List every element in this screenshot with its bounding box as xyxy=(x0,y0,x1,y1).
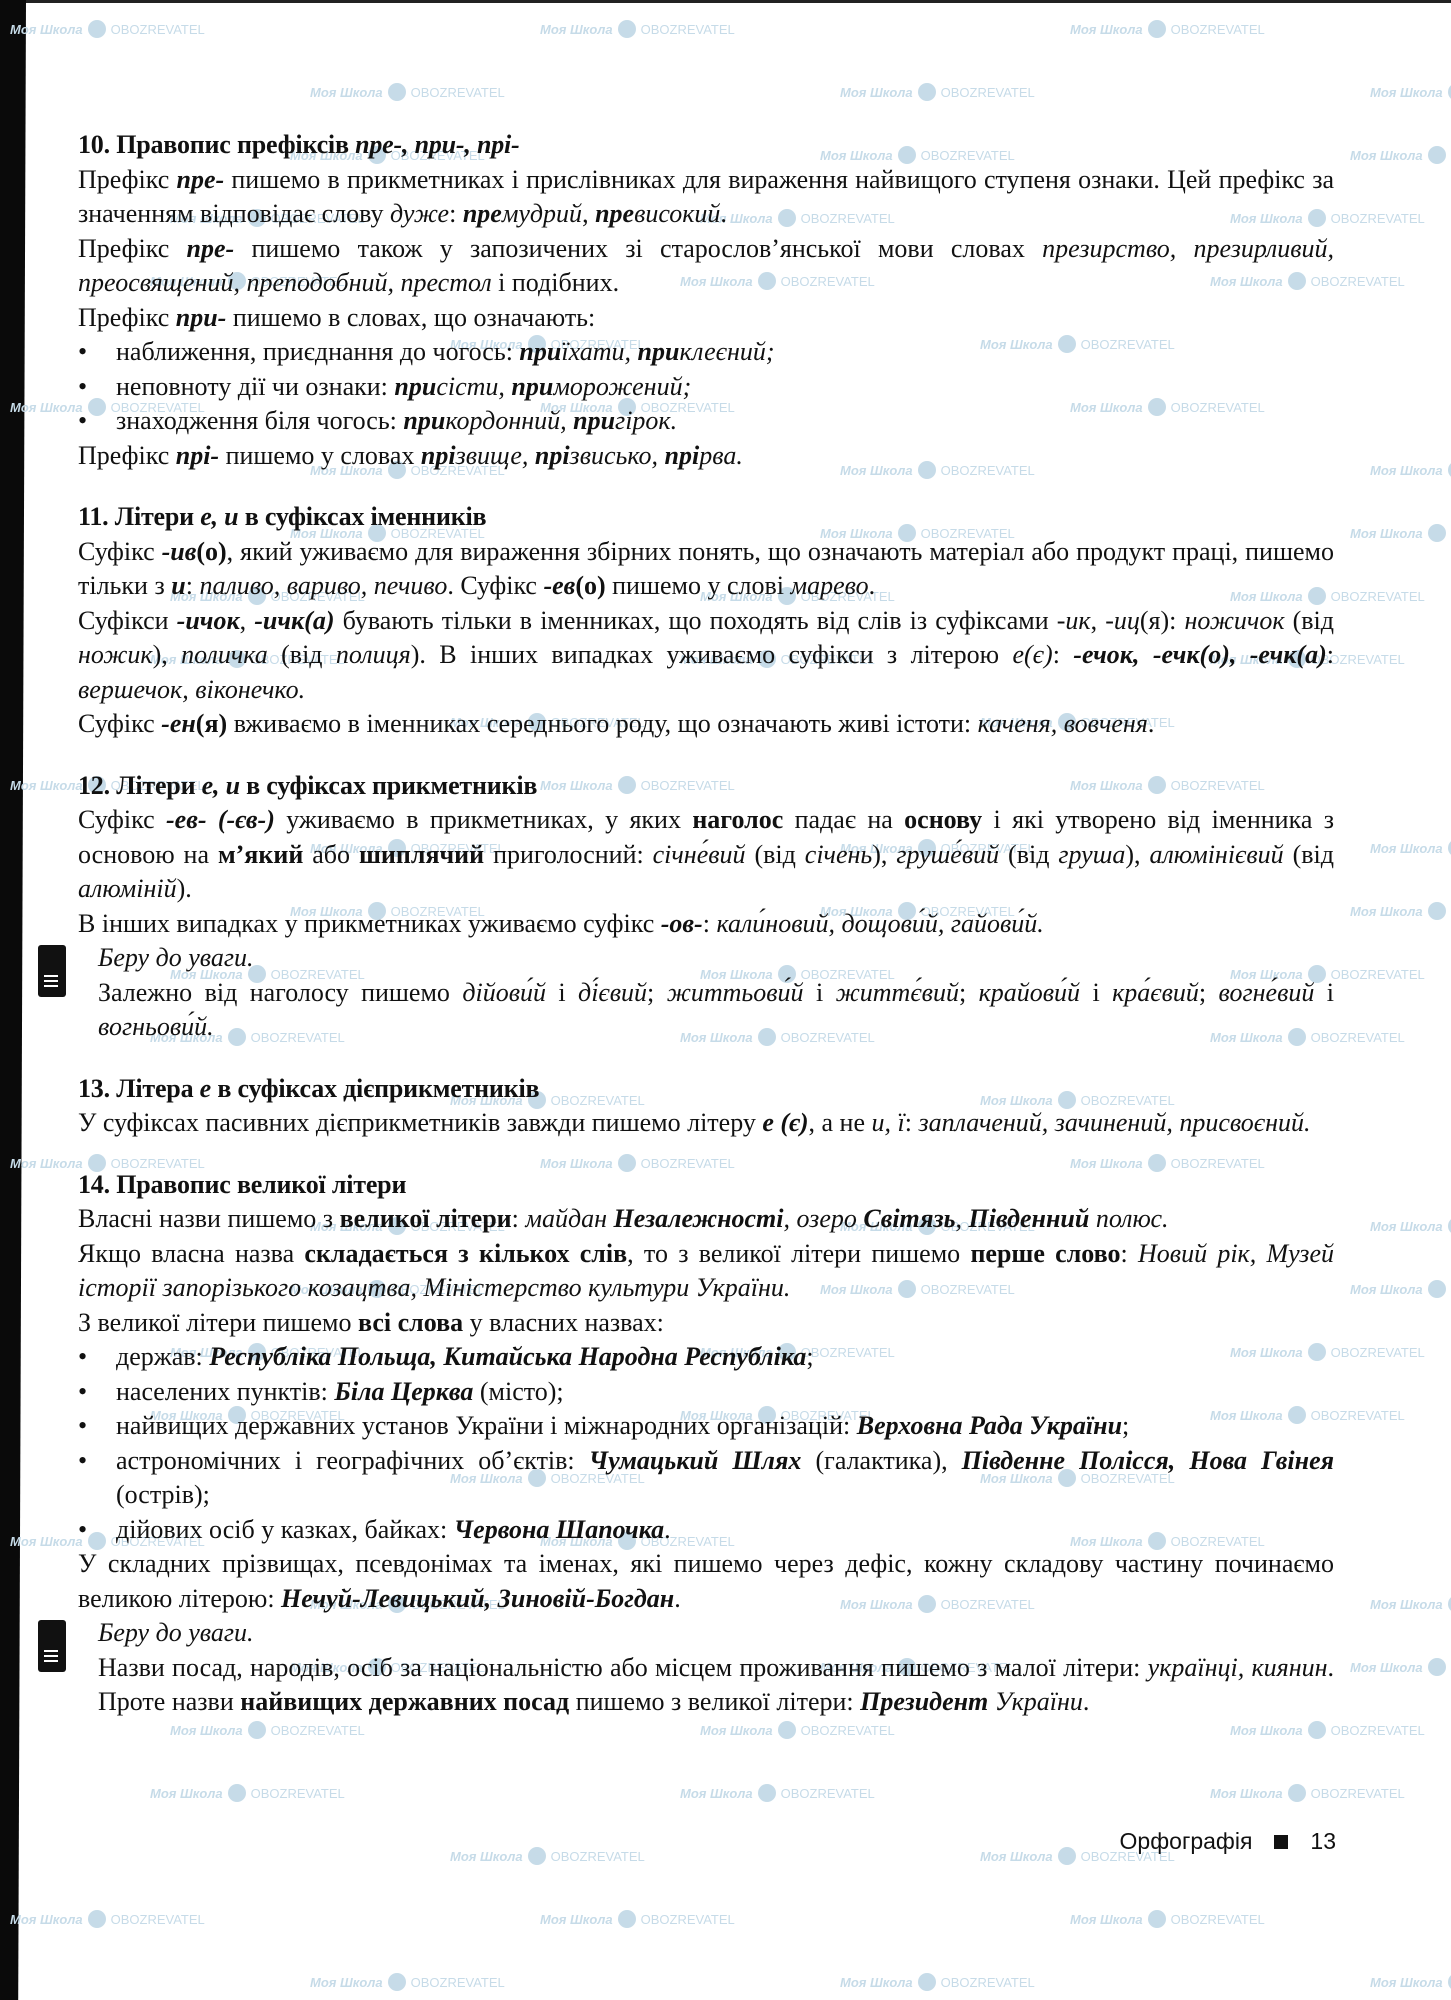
scan-edge xyxy=(0,0,26,2000)
watermark: Моя ШколаOBOZREVATEL xyxy=(1370,1595,1451,1613)
square-bullet-icon xyxy=(1274,1835,1288,1849)
watermark: Моя ШколаOBOZREVATEL xyxy=(1370,461,1451,479)
watermark: Моя ШколаOBOZREVATEL xyxy=(1210,1784,1405,1802)
paragraph: Якщо власна назва складається з кількох … xyxy=(78,1237,1334,1306)
watermark: Моя ШколаOBOZREVATEL xyxy=(10,20,205,38)
watermark: Моя ШколаOBOZREVATEL xyxy=(540,20,735,38)
watermark: Моя ШколаOBOZREVATEL xyxy=(1350,902,1451,920)
list-item: дійових осіб у казках, байках: Червона Ш… xyxy=(78,1513,1334,1548)
watermark: Моя ШколаOBOZREVATEL xyxy=(1070,1910,1265,1928)
paragraph: Суфікс -ен(я) вживаємо в іменниках серед… xyxy=(78,707,1334,742)
page-number: 13 xyxy=(1310,1828,1336,1855)
footer-section-name: Орфографія xyxy=(1120,1828,1253,1855)
section-10: 10. Правопис префіксів пре-, при-, прі- … xyxy=(78,128,1334,473)
watermark: Моя ШколаOBOZREVATEL xyxy=(1370,839,1451,857)
note-title: Беру до уваги. xyxy=(98,941,1334,976)
list-item: найвищих державних установ України і між… xyxy=(78,1409,1334,1444)
section-title: 14. Правопис великої літери xyxy=(78,1168,1334,1203)
watermark: Моя ШколаOBOZREVATEL xyxy=(1350,524,1451,542)
watermark: Моя ШколаOBOZREVATEL xyxy=(840,1973,1035,1991)
note-text: Назви посад, народів, осіб за національн… xyxy=(98,1651,1334,1720)
watermark: Моя ШколаOBOZREVATEL xyxy=(1370,83,1451,101)
paragraph: Суфікси -ичок, -ичк(а) бувають тільки в … xyxy=(78,604,1334,708)
bullet-list: держав: Республіка Польща, Китайська Нар… xyxy=(78,1340,1334,1547)
paragraph: Префікс пре- пишемо також у запозичених … xyxy=(78,232,1334,301)
paragraph: Суфікс -ев- (-єв-) уживаємо в прикметник… xyxy=(78,803,1334,907)
section-14: 14. Правопис великої літери Власні назви… xyxy=(78,1168,1334,1720)
watermark: Моя ШколаOBOZREVATEL xyxy=(1370,1973,1451,1991)
watermark: Моя ШколаOBOZREVATEL xyxy=(840,83,1035,101)
paragraph: В інших випадках у прикметниках уживаємо… xyxy=(78,907,1334,942)
paragraph: З великої літери пишемо всі слова у влас… xyxy=(78,1306,1334,1341)
note-box: Беру до уваги. Назви посад, народів, осі… xyxy=(78,1616,1334,1720)
paragraph: Власні назви пишемо з великої літери: ма… xyxy=(78,1202,1334,1237)
watermark: Моя ШколаOBOZREVATEL xyxy=(1350,146,1451,164)
section-13: 13. Літера е в суфіксах дієприкметників … xyxy=(78,1072,1334,1141)
note-box: Беру до уваги. Залежно від наголосу пише… xyxy=(78,941,1334,1045)
watermark: Моя ШколаOBOZREVATEL xyxy=(310,1973,505,1991)
list-item: знаходження біля чогось: прикордонний, п… xyxy=(78,404,1334,439)
watermark: Моя ШколаOBOZREVATEL xyxy=(170,1721,365,1739)
page-footer: Орфографія 13 xyxy=(1076,1828,1336,1855)
paragraph: Суфікс -ив(о), який уживаємо для виражен… xyxy=(78,535,1334,604)
scan-edge-top xyxy=(26,0,1451,3)
watermark: Моя ШколаOBOZREVATEL xyxy=(1350,1280,1451,1298)
note-text: Залежно від наголосу пишемо дійови́й і д… xyxy=(98,976,1334,1045)
watermark: Моя ШколаOBOZREVATEL xyxy=(1070,20,1265,38)
paragraph: Префікс пре- пишемо в прикметниках і при… xyxy=(78,163,1334,232)
watermark: Моя ШколаOBOZREVATEL xyxy=(310,83,505,101)
watermark: Моя ШколаOBOZREVATEL xyxy=(700,1721,895,1739)
list-item: населених пунктів: Біла Церква (місто); xyxy=(78,1375,1334,1410)
paragraph: У суфіксах пасивних дієприкметників завж… xyxy=(78,1106,1334,1141)
section-title: 13. Літера е в суфіксах дієприкметників xyxy=(78,1072,1334,1107)
watermark: Моя ШколаOBOZREVATEL xyxy=(1230,1721,1425,1739)
watermark: Моя ШколаOBOZREVATEL xyxy=(1350,1658,1451,1676)
watermark: Моя ШколаOBOZREVATEL xyxy=(540,1910,735,1928)
paragraph: У складних прізвищах, псевдонімах та іме… xyxy=(78,1547,1334,1616)
paragraph: Префікс прі- пишемо у словах прізвище, п… xyxy=(78,439,1334,474)
bullet-list: наближення, приєднання до чогось: приїха… xyxy=(78,335,1334,439)
section-title: 10. Правопис префіксів пре-, при-, прі- xyxy=(78,128,1334,163)
paragraph: Префікс при- пишемо в словах, що означаю… xyxy=(78,301,1334,336)
notebook-icon xyxy=(38,1620,66,1672)
watermark: Моя ШколаOBOZREVATEL xyxy=(680,1784,875,1802)
section-title: 12. Літери е, и в суфіксах прикметників xyxy=(78,769,1334,804)
list-item: наближення, приєднання до чогось: приїха… xyxy=(78,335,1334,370)
section-11: 11. Літери е, и в суфіксах іменників Суф… xyxy=(78,500,1334,742)
list-item: астрономічних і географічних об’єктів: Ч… xyxy=(78,1444,1334,1513)
watermark: Моя ШколаOBOZREVATEL xyxy=(1370,1217,1451,1235)
watermark: Моя ШколаOBOZREVATEL xyxy=(10,1910,205,1928)
page-content: 10. Правопис префіксів пре-, при-, прі- … xyxy=(78,128,1334,1720)
list-item: неповноту дії чи ознаки: присісти, примо… xyxy=(78,370,1334,405)
list-item: держав: Республіка Польща, Китайська Нар… xyxy=(78,1340,1334,1375)
notebook-icon xyxy=(38,945,66,997)
note-title: Беру до уваги. xyxy=(98,1616,1334,1651)
section-title: 11. Літери е, и в суфіксах іменників xyxy=(78,500,1334,535)
section-12: 12. Літери е, и в суфіксах прикметників … xyxy=(78,769,1334,1045)
watermark: Моя ШколаOBOZREVATEL xyxy=(450,1847,645,1865)
watermark: Моя ШколаOBOZREVATEL xyxy=(150,1784,345,1802)
